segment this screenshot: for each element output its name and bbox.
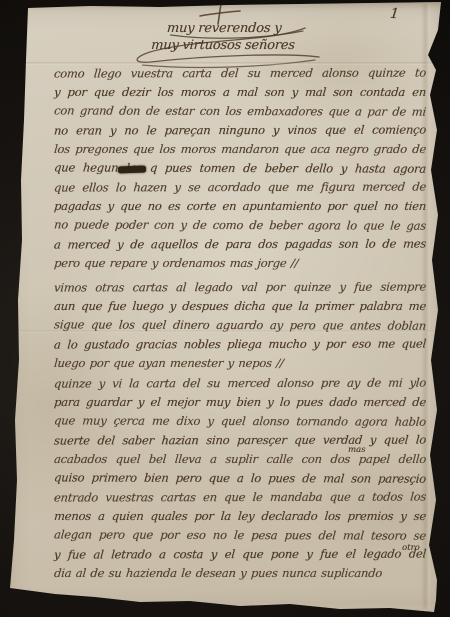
interlinear-insertion: mas xyxy=(348,446,366,455)
manuscript-line: entrado vuestras cartas en que le mandab… xyxy=(53,488,427,508)
manuscript-line: vimos otras cartas al legado val por qui… xyxy=(53,278,427,298)
manuscript-line: quinze y vi la carta del su merced alons… xyxy=(53,374,427,394)
salutation-line-2: muy virtuosos señores xyxy=(117,37,328,54)
manuscript-line: que ellos lo hazen y se acordado que me … xyxy=(53,178,427,198)
manuscript-line: aun que fue luego y despues dicha que la… xyxy=(53,297,427,316)
manuscript-line: y por que dezir los moros a mal son y ma… xyxy=(53,83,427,102)
manuscript-line: dia al de su hazienda le desean y pues n… xyxy=(53,564,427,583)
manuscript-line: a lo gustado gracias nobles pliega mucho… xyxy=(53,335,427,355)
paragraph-2: vimos otras cartas al legado val por qui… xyxy=(54,278,426,373)
page-number: 1 xyxy=(389,6,400,23)
manuscript-line: como llego vuestra carta del su merced a… xyxy=(53,64,427,84)
salutation-line-1: muy reverendos y xyxy=(118,20,329,37)
manuscript-line: no eran y no le pareçan ninguno y vinos … xyxy=(53,121,427,141)
manuscript-line: luego por que ayan menester y nepos // xyxy=(53,354,427,373)
manuscript-line: alegan pero que por eso no le pesa pues … xyxy=(53,525,427,545)
manuscript-line: quiso primero bien pero que a lo pues de… xyxy=(53,468,427,488)
salutation-heading: muy reverendos y muy virtuosos señores xyxy=(116,20,329,68)
manuscript-line: suerte del saber hazian sino paresçer qu… xyxy=(53,431,427,451)
manuscript-line: que muy çerca me dixo y quel alonso torn… xyxy=(53,411,427,431)
manuscript-line: y fue al letrado a costa y el que pone y… xyxy=(53,545,427,565)
paragraph-1: como llego vuestra carta del su merced a… xyxy=(54,64,426,273)
manuscript-line: pagadas y que no es corte en apuntamient… xyxy=(53,197,427,216)
manuscript-line: que hegun las q pues tomen de beber dell… xyxy=(53,158,427,178)
manuscript-page: 1 muy reverendos y muy virtuosos señores… xyxy=(0,0,450,617)
manuscript-line: a merced y de aquellos de para dos pagad… xyxy=(53,235,427,255)
paragraph-3: quinze y vi la carta del su merced alons… xyxy=(54,374,426,583)
manuscript-line: los pregones que los moros mandaron que … xyxy=(53,140,427,159)
manuscript-line: no puede poder con y de como de beber ag… xyxy=(53,215,427,235)
line-end-insertion: otro xyxy=(402,544,420,553)
manuscript-line: acabados quel bel lleva a suplir calle c… xyxy=(53,450,427,469)
manuscript-line: pero que repare y ordenamos mas jorge // xyxy=(53,254,427,273)
photo-background: 1 muy reverendos y muy virtuosos señores… xyxy=(0,0,450,617)
ink-blot-strikethrough xyxy=(118,166,146,174)
manuscript-line: menos a quien quales por la ley declarad… xyxy=(53,507,427,526)
manuscript-line: para guardar y el mejor muy bien y lo pu… xyxy=(53,393,427,412)
manuscript-line: con grand don de estar con los embaxador… xyxy=(53,101,427,121)
manuscript-line: sigue que los quel dinero aguardo ay per… xyxy=(53,315,427,335)
